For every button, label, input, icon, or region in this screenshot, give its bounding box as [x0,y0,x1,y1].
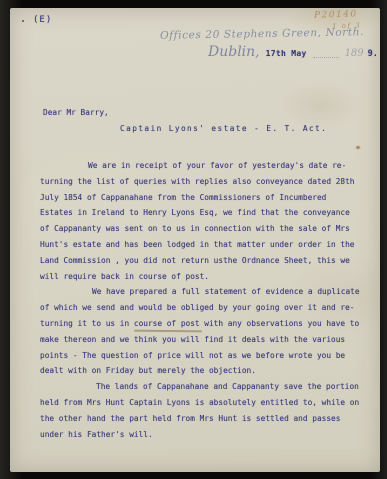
letter-line: of which we send and would be obliged by… [40,300,374,316]
letter-line: points - The question of price will not … [40,348,374,364]
letter-line: the other hand the part held from Mrs Hu… [40,411,374,427]
corner-annotation: (E) [33,15,52,25]
letter-line: We have prepared a full statement of evi… [40,284,374,300]
letter-line: make thereon and we think you will find … [40,332,374,348]
letter-line: held from Mrs Hunt Captain Lyons is abso… [40,395,374,411]
letter-line: turning the list of queries with replies… [40,174,374,190]
year-printed: 189 [345,48,364,59]
photograph-background: (E) P20140 1 of 3 Offices 20 Stephens Gr… [0,0,387,479]
dateline: Dublin, 17th May 189 9. [208,44,378,60]
letterhead-city: Dublin, [208,44,260,60]
letter-line: under his Father's will. [40,427,374,443]
rust-speck [356,146,360,149]
archive-reference-pencil: P20140 [314,9,358,21]
letter-line: dealt with on Friday but merely the obje… [40,363,374,379]
letter-line: The lands of Cappanahane and Cappananty … [40,379,374,395]
typed-date: 17th May [266,49,307,58]
letter-line: We are in receipt of your favor of yeste… [40,158,374,174]
letter-line: will require back in course of post. [40,269,374,285]
letter-page: (E) P20140 1 of 3 Offices 20 Stephens Gr… [10,8,380,472]
letter-line: July 1854 of Cappanahane from the Commis… [40,190,374,206]
letter-line: Estates in Ireland to Henry Lyons Esq, w… [40,205,374,221]
subject-line: Captain Lyons' estate - E. T. Act. [120,124,327,133]
letter-line: turning it to us in course of post with … [40,316,374,332]
ink-speck [22,20,24,22]
letter-line: Hunt's estate and has been lodged in tha… [40,237,374,253]
letter-body: We are in receipt of your favor of yeste… [40,158,374,442]
year-typed: 9. [368,49,378,59]
letter-line: Land Commission , you did not return ust… [40,253,374,269]
letter-line: of Cappananty was sent on to us in conne… [40,221,374,237]
salutation: Dear Mr Barry, [43,108,109,117]
date-leader-dots [313,57,339,58]
letterhead-address: Offices 20 Stephens Green, North. [160,26,364,42]
